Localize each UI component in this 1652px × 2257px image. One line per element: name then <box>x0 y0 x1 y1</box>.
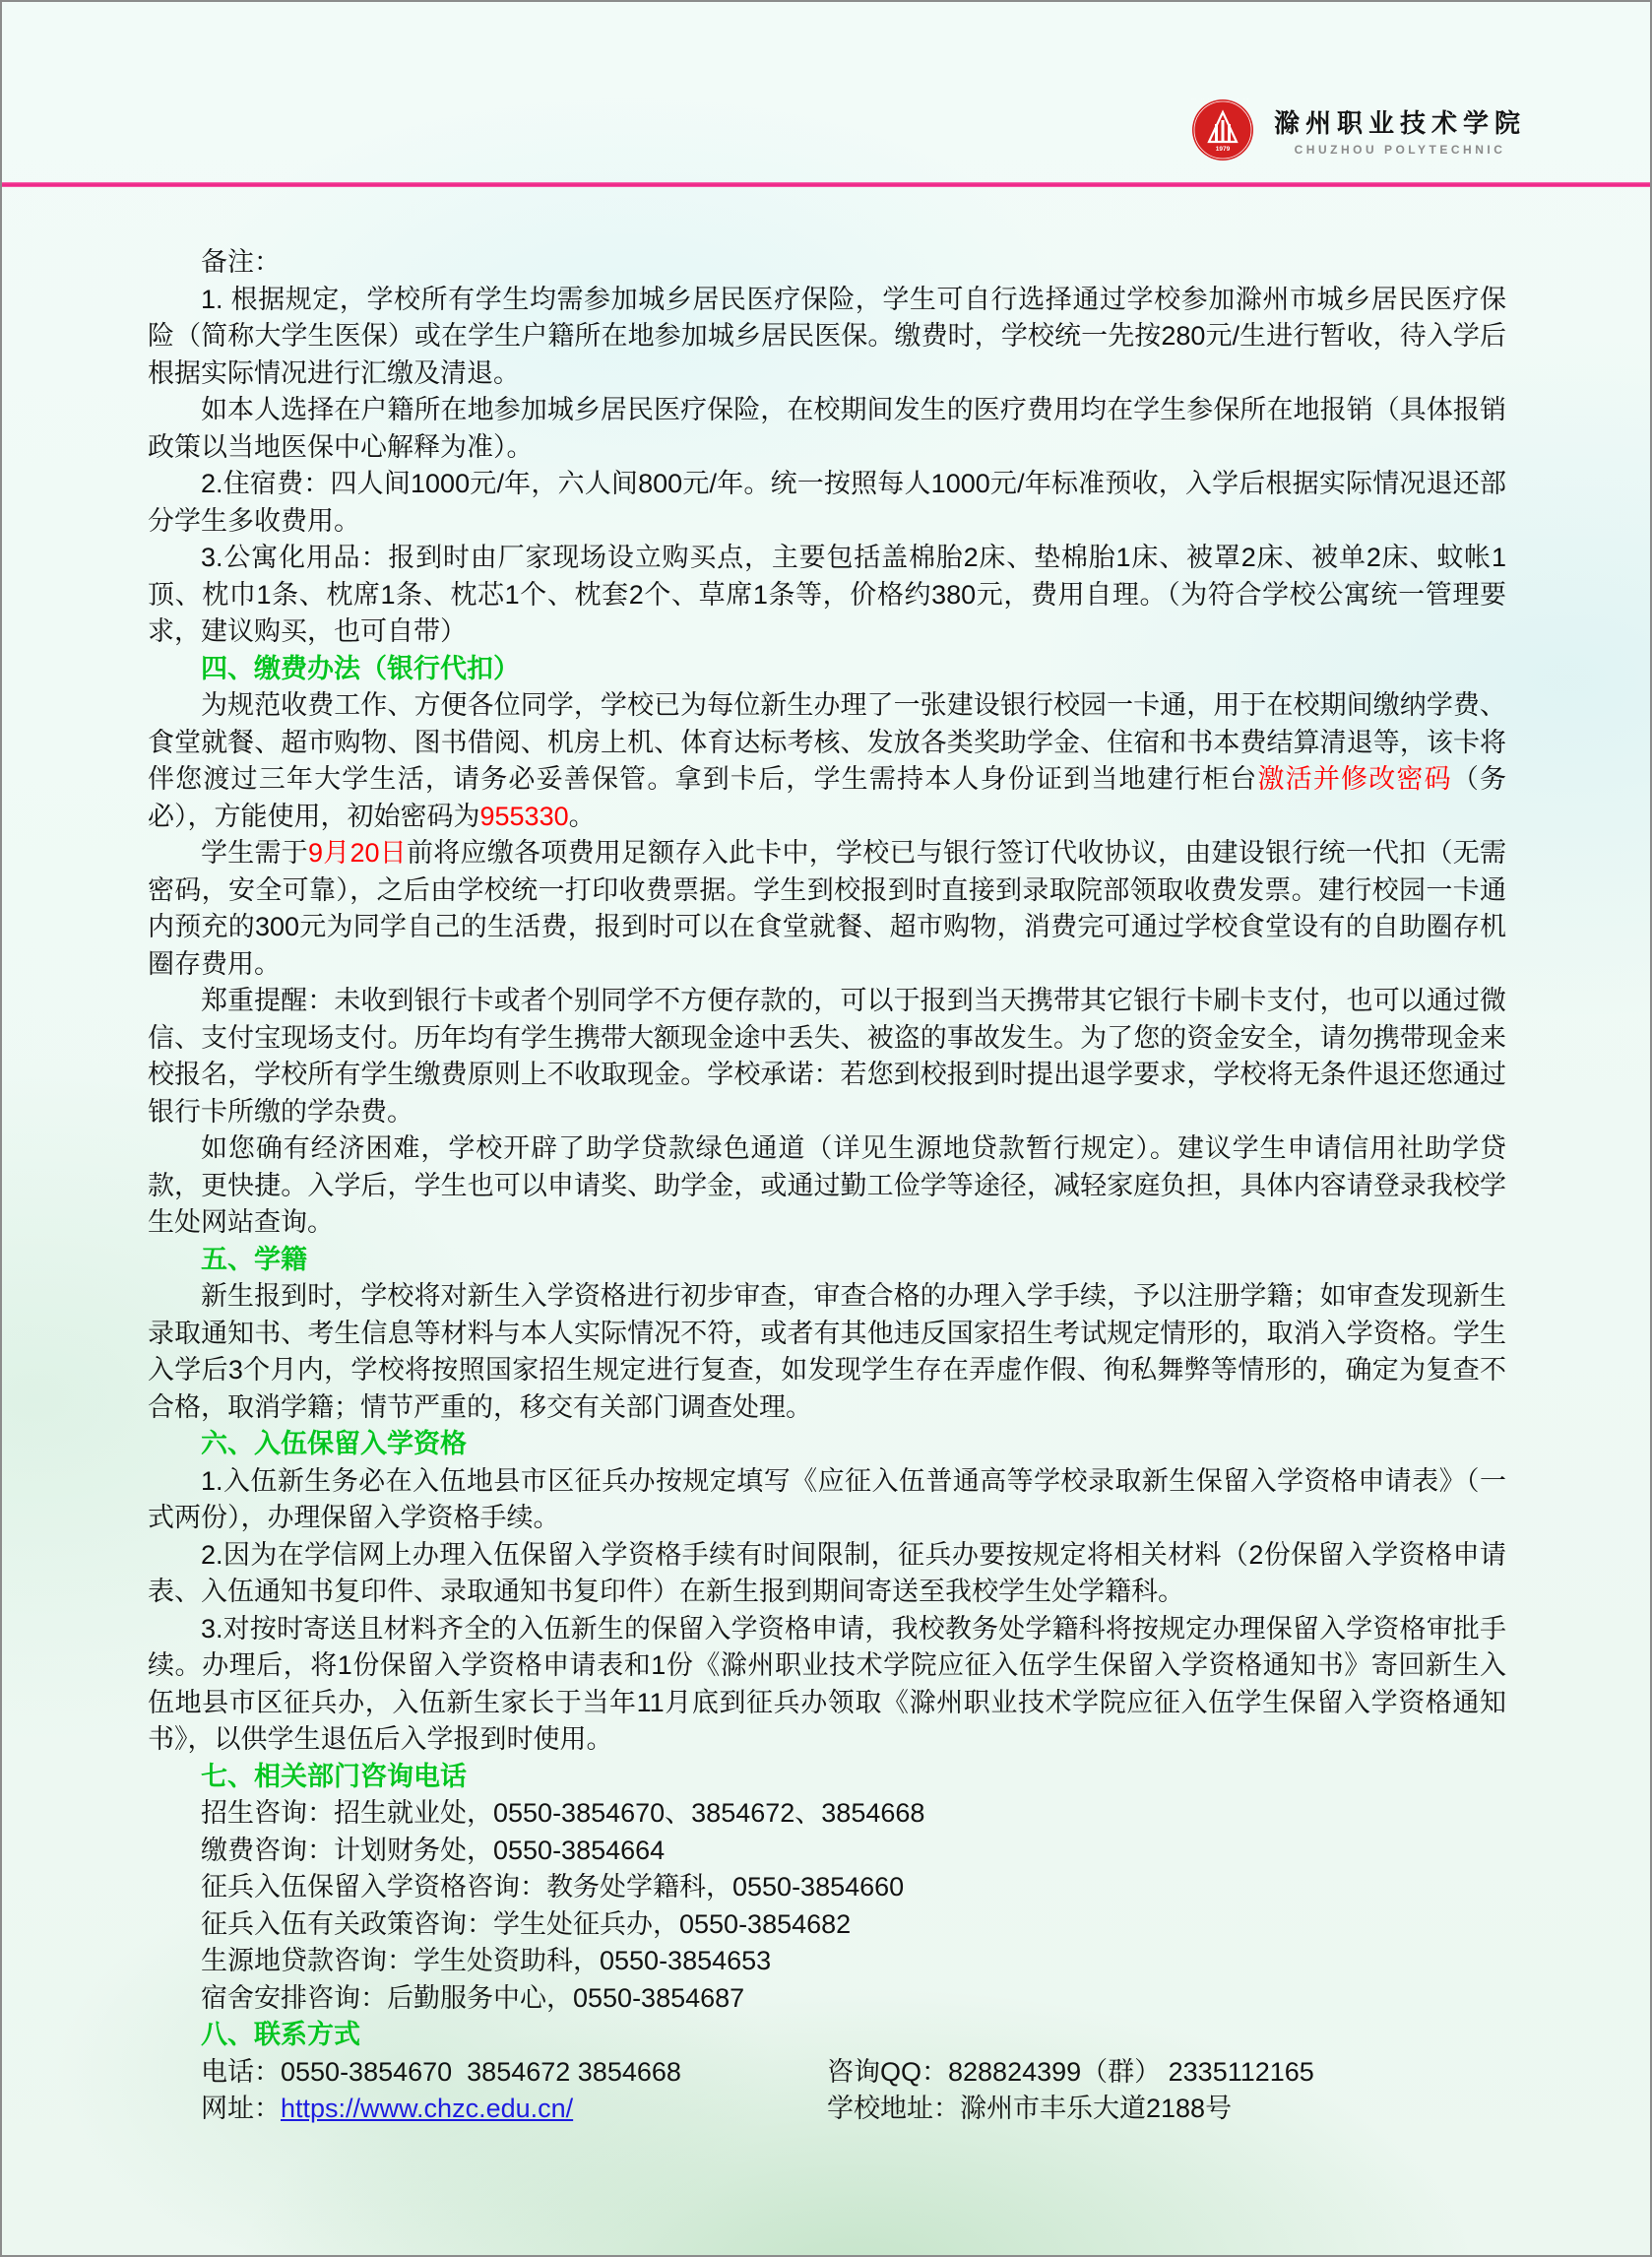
logo-arc-text-en: CHUZHOU POLYTECHNIC <box>1191 98 1249 99</box>
contact-left: 电话：0550-3854670 3854672 3854668 <box>201 2054 827 2092</box>
text-segment: 咨询QQ：828824399（群） 2335112165 <box>827 2057 1314 2087</box>
text-segment: 如您确有经济困难，学校开辟了助学贷款绿色通道（详见生源地贷款暂行规定）。建议学生… <box>148 1133 1506 1237</box>
section-heading: 七、相关部门咨询电话 <box>148 1759 1506 1796</box>
paragraph: 学生需于9月20日前将应缴各项费用足额存入此卡中，学校已与银行签订代收协议，由建… <box>148 835 1506 983</box>
paragraph: 2.因为在学信网上办理入伍保留入学资格手续有时间限制，征兵办要按规定将相关材料（… <box>148 1537 1506 1611</box>
text-line: 征兵入伍有关政策咨询：学生处征兵办，0550-3854682 <box>148 1906 1506 1944</box>
school-logo-icon: 滁州职业技术学院 1979 CHUZHOU POLYTECHNIC <box>1191 98 1254 161</box>
paragraph: 郑重提醒：未收到银行卡或者个别同学不方便存款的，可以于报到当天携带其它银行卡刷卡… <box>148 983 1506 1130</box>
section-heading: 六、入伍保留入学资格 <box>148 1426 1506 1463</box>
contact-row: 网址：https://www.chzc.edu.cn/学校地址：滁州市丰乐大道2… <box>148 2091 1506 2128</box>
text-segment: 学校地址：滁州市丰乐大道2188号 <box>827 2094 1232 2123</box>
contact-right: 咨询QQ：828824399（群） 2335112165 <box>827 2054 1506 2092</box>
text-segment: 3.对按时寄送且材料齐全的入伍新生的保留入学资格申请，我校教务处学籍科将按规定办… <box>148 1614 1506 1755</box>
paragraph: 新生报到时，学校将对新生入学资格进行初步审查，审查合格的办理入学手续，予以注册学… <box>148 1278 1506 1426</box>
highlight-text: 激活并修改密码 <box>1258 764 1452 794</box>
text-segment: 2.住宿费：四人间1000元/年，六人间800元/年。统一按照每人1000元/年… <box>148 469 1506 536</box>
text-segment: 电话：0550-3854670 3854672 3854668 <box>201 2057 681 2087</box>
website-link[interactable]: https://www.chzc.edu.cn/ <box>281 2094 573 2123</box>
text-segment: 网址： <box>201 2094 281 2123</box>
contact-right: 学校地址：滁州市丰乐大道2188号 <box>827 2091 1506 2128</box>
contact-left: 网址：https://www.chzc.edu.cn/ <box>201 2091 827 2128</box>
logo-year: 1979 <box>1216 146 1231 153</box>
school-name: 滁州职业技术学院 <box>1268 103 1532 140</box>
text-segment: 1.入伍新生务必在入伍地县市区征兵办按规定填写《应征入伍普通高等学校录取新生保留… <box>148 1466 1506 1533</box>
section-heading: 五、学籍 <box>148 1242 1506 1279</box>
paragraph: 如您确有经济困难，学校开辟了助学贷款绿色通道（详见生源地贷款暂行规定）。建议学生… <box>148 1130 1506 1242</box>
text-segment: 新生报到时，学校将对新生入学资格进行初步审查，审查合格的办理入学手续，予以注册学… <box>148 1281 1506 1422</box>
paragraph: 3.公寓化用品：报到时由厂家现场设立购买点，主要包括盖棉胎2床、垫棉胎1床、被罩… <box>148 540 1506 651</box>
paragraph: 1.入伍新生务必在入伍地县市区征兵办按规定填写《应征入伍普通高等学校录取新生保留… <box>148 1463 1506 1537</box>
highlight-text: 955330 <box>480 802 569 831</box>
highlight-text: 9月20日 <box>308 838 407 868</box>
text-segment: 2.因为在学信网上办理入伍保留入学资格手续有时间限制，征兵办要按规定将相关材料（… <box>148 1540 1506 1607</box>
paragraph: 3.对按时寄送且材料齐全的入伍新生的保留入学资格申请，我校教务处学籍科将按规定办… <box>148 1611 1506 1759</box>
text-segment: 。 <box>569 802 596 831</box>
text-segment: 3.公寓化用品：报到时由厂家现场设立购买点，主要包括盖棉胎2床、垫棉胎1床、被罩… <box>148 543 1506 646</box>
text-segment: 1. 根据规定，学校所有学生均需参加城乡居民医疗保险，学生可自行选择通过学校参加… <box>148 285 1506 388</box>
section-heading: 八、联系方式 <box>148 2017 1506 2054</box>
notice-page: 滁州职业技术学院 1979 CHUZHOU POLYTECHNIC 滁州职业技术… <box>0 0 1652 2257</box>
text-segment: 学生需于 <box>201 838 308 868</box>
text-segment: 郑重提醒：未收到银行卡或者个别同学不方便存款的，可以于报到当天携带其它银行卡刷卡… <box>148 986 1506 1127</box>
section-heading: 四、缴费办法（银行代扣） <box>148 651 1506 688</box>
text-line: 生源地贷款咨询：学生处资助科，0550-3854653 <box>148 1943 1506 1980</box>
paragraph: 为规范收费工作、方便各位同学，学校已为每位新生办理了一张建设银行校园一卡通，用于… <box>148 687 1506 835</box>
text-line: 备注： <box>148 244 1506 282</box>
paragraph: 如本人选择在户籍所在地参加城乡居民医疗保险，在校期间发生的医疗费用均在学生参保所… <box>148 392 1506 466</box>
document-body: 备注：1. 根据规定，学校所有学生均需参加城乡居民医疗保险，学生可自行选择通过学… <box>2 187 1650 2128</box>
text-line: 征兵入伍保留入学资格咨询：教务处学籍科，0550-3854660 <box>148 1869 1506 1906</box>
paragraph: 2.住宿费：四人间1000元/年，六人间800元/年。统一按照每人1000元/年… <box>148 466 1506 540</box>
text-segment: 如本人选择在户籍所在地参加城乡居民医疗保险，在校期间发生的医疗费用均在学生参保所… <box>148 395 1506 462</box>
contact-row: 电话：0550-3854670 3854672 3854668咨询QQ：8288… <box>148 2054 1506 2092</box>
header-titles: 滁州职业技术学院 CHUZHOU POLYTECHNIC <box>1268 103 1532 157</box>
paragraph: 1. 根据规定，学校所有学生均需参加城乡居民医疗保险，学生可自行选择通过学校参加… <box>148 282 1506 393</box>
text-line: 宿舍安排咨询：后勤服务中心，0550-3854687 <box>148 1980 1506 2018</box>
school-name-en: CHUZHOU POLYTECHNIC <box>1268 143 1532 157</box>
text-line: 招生咨询：招生就业处，0550-3854670、3854672、3854668 <box>148 1795 1506 1833</box>
header: 滁州职业技术学院 1979 CHUZHOU POLYTECHNIC 滁州职业技术… <box>2 2 1650 161</box>
text-line: 缴费咨询：计划财务处，0550-3854664 <box>148 1833 1506 1870</box>
